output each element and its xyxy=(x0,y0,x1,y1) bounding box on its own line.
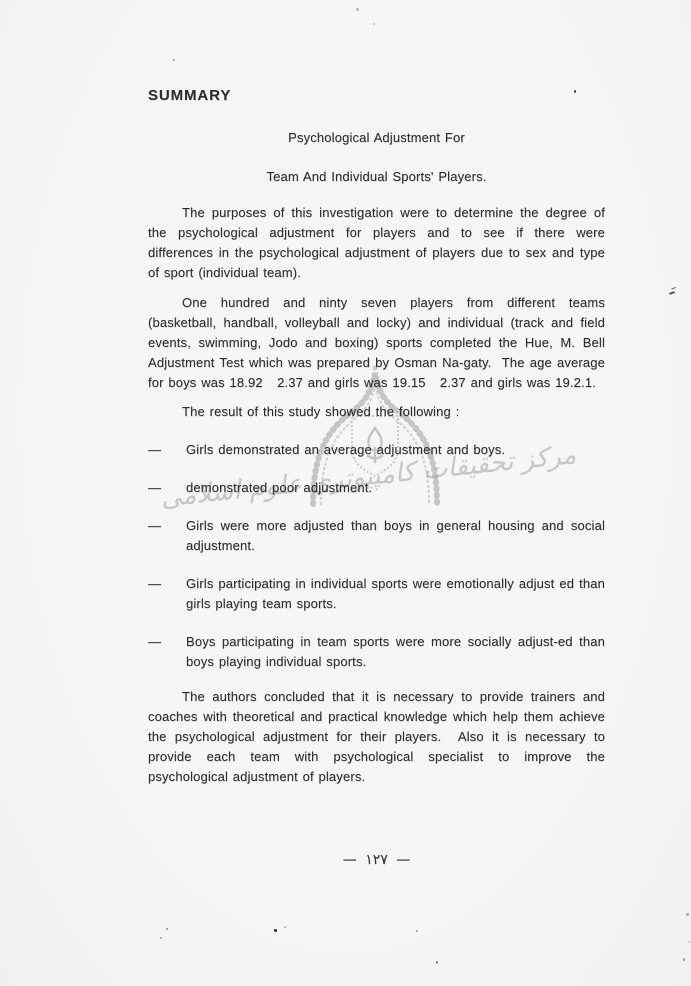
dash-bullet: — xyxy=(148,632,186,672)
finding-item-5: — Boys participating in team sports were… xyxy=(148,632,605,672)
scan-speck xyxy=(160,937,162,939)
scan-speck xyxy=(373,23,375,25)
dash-bullet: — xyxy=(148,440,186,460)
finding-item-4: — Girls participating in individual spor… xyxy=(148,574,605,614)
dash-bullet: — xyxy=(148,478,186,498)
finding-text: Girls demonstrated an average adjustment… xyxy=(186,440,605,460)
summary-heading: SUMMARY xyxy=(148,86,605,106)
scan-speck xyxy=(274,929,277,932)
scan-speck xyxy=(574,90,576,93)
scan-speck xyxy=(173,59,175,61)
finding-text: demonstrated poor adjustment. xyxy=(186,478,605,498)
scan-speck xyxy=(166,928,168,930)
dash-bullet: — xyxy=(148,516,186,556)
finding-item-1: — Girls demonstrated an average adjustme… xyxy=(148,440,605,460)
scan-speck xyxy=(284,926,286,928)
finding-item-2: — demonstrated poor adjustment. xyxy=(148,478,605,498)
scan-speck xyxy=(688,941,690,943)
scan-mark xyxy=(669,291,675,295)
paragraph-purpose: The purposes of this investigation were … xyxy=(148,203,605,283)
paper-title-line-2: Team And Individual Sports' Players. xyxy=(148,167,605,187)
finding-text: Girls were more adjusted than boys in ge… xyxy=(186,516,605,556)
scan-speck xyxy=(356,8,359,11)
scan-speck xyxy=(416,930,418,932)
scan-speck xyxy=(686,913,689,916)
paragraph-method: One hundred and ninty seven players from… xyxy=(148,293,605,393)
scan-speck xyxy=(436,961,438,964)
finding-item-3: — Girls were more adjusted than boys in … xyxy=(148,516,605,556)
paragraph-conclusion: The authors concluded that it is necessa… xyxy=(148,687,605,787)
finding-text: Boys participating in team sports were m… xyxy=(186,632,605,672)
dash-bullet: — xyxy=(148,574,186,614)
scanned-paper-page: مرکز تحقیقات کامپیوتری علوم اسلامی SUMMA… xyxy=(0,0,691,986)
results-intro: The result of this study showed the foll… xyxy=(148,402,605,422)
page-content: SUMMARY Psychological Adjustment For Tea… xyxy=(148,0,605,870)
page-number: — ١٢٧ — xyxy=(148,850,605,870)
finding-text: Girls participating in individual sports… xyxy=(186,574,605,614)
scan-speck xyxy=(683,958,685,961)
paper-title-line-1: Psychological Adjustment For xyxy=(148,128,605,148)
